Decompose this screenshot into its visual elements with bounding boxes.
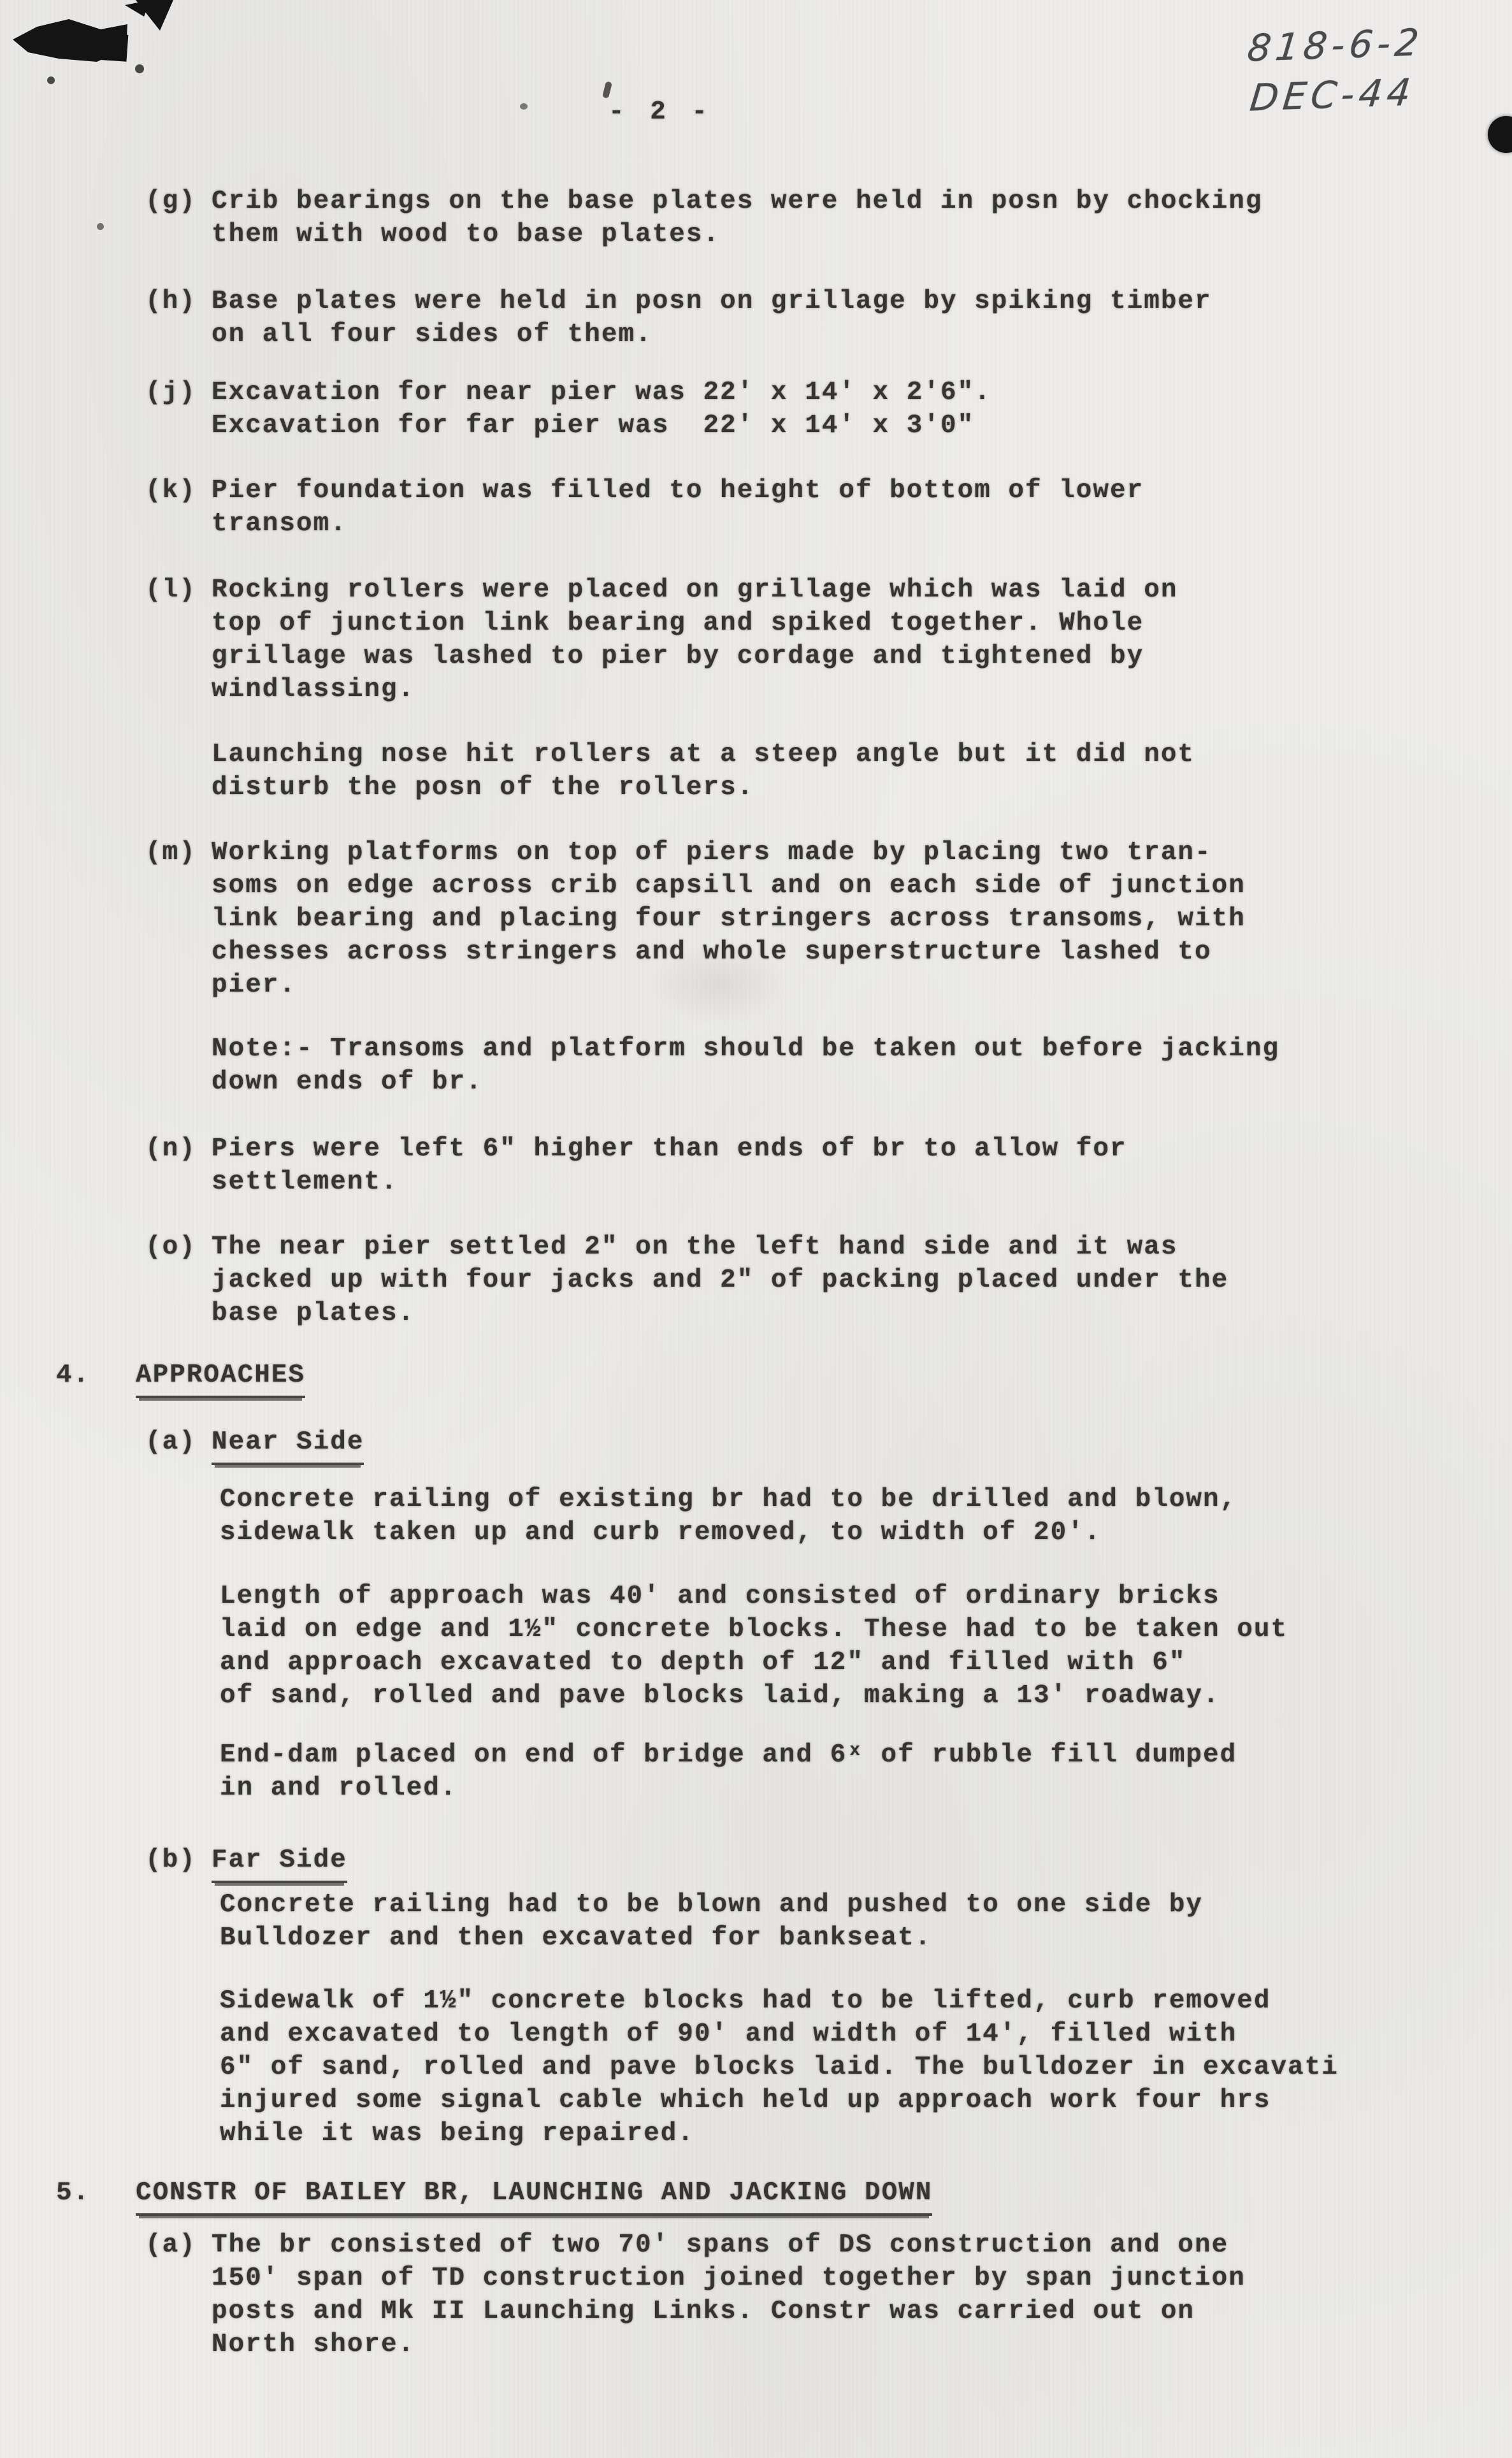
page-number: - 2 - <box>608 96 712 129</box>
clause-text: Rocking rollers were placed on grillage … <box>212 574 1486 706</box>
subsection-title: Far Side <box>212 1844 347 1883</box>
clause-marker: (a) <box>145 2229 196 2262</box>
clause-text: The br consisted of two 70' spans of DS … <box>212 2229 1486 2361</box>
clause-marker: (j) <box>145 376 196 409</box>
section-title: CONSTR OF BAILEY BR, LAUNCHING AND JACKI… <box>136 2176 932 2216</box>
paragraph: Concrete railing of existing br had to b… <box>220 1483 1481 1549</box>
clause-text: Piers were left 6" higher than ends of b… <box>212 1132 1486 1199</box>
section-number: 5. <box>56 2176 90 2209</box>
subsection-title: Near Side <box>212 1426 364 1465</box>
clause-text: Launching nose hit rollers at a steep an… <box>212 738 1486 804</box>
clause-marker: (g) <box>145 185 196 218</box>
clause-text: Note:- Transoms and platform should be t… <box>212 1032 1486 1099</box>
clause-text: Pier foundation was filled to height of … <box>212 474 1486 540</box>
right-edge-ink-spot <box>1488 116 1512 153</box>
paragraph: Concrete railing had to be blown and pus… <box>220 1888 1481 1955</box>
ink-blot <box>0 0 331 134</box>
handwritten-file-reference: 818-6-2 <box>1246 22 1425 68</box>
stray-mark <box>97 223 104 230</box>
clause-marker: (o) <box>145 1231 196 1264</box>
clause-marker: (h) <box>145 285 196 318</box>
clause-text: Crib bearings on the base plates were he… <box>212 185 1486 251</box>
clause-marker: (n) <box>145 1132 196 1166</box>
section-title: APPROACHES <box>136 1359 305 1398</box>
clause-marker: (m) <box>145 836 196 869</box>
handwritten-date: DEC-44 <box>1248 72 1417 117</box>
subsection-marker: (a) <box>145 1426 196 1459</box>
clause-text: Excavation for near pier was 22' x 14' x… <box>212 376 1486 442</box>
stray-mark <box>520 103 528 110</box>
subsection-marker: (b) <box>145 1844 196 1877</box>
paragraph: Length of approach was 40' and consisted… <box>220 1580 1481 1712</box>
clause-text: The near pier settled 2" on the left han… <box>212 1231 1486 1330</box>
paragraph: End-dam placed on end of bridge and 6ˣ o… <box>220 1739 1481 1805</box>
section-number: 4. <box>56 1359 90 1392</box>
clause-marker: (l) <box>145 574 196 607</box>
scanned-document-page: 818-6-2 DEC-44 - 2 - (g) Crib bearings o… <box>0 0 1512 2458</box>
clause-text: Working platforms on top of piers made b… <box>212 836 1486 1002</box>
clause-text: Base plates were held in posn on grillag… <box>212 285 1486 351</box>
clause-marker: (k) <box>145 474 196 507</box>
paragraph: Sidewalk of 1½" concrete blocks had to b… <box>220 1984 1481 2150</box>
